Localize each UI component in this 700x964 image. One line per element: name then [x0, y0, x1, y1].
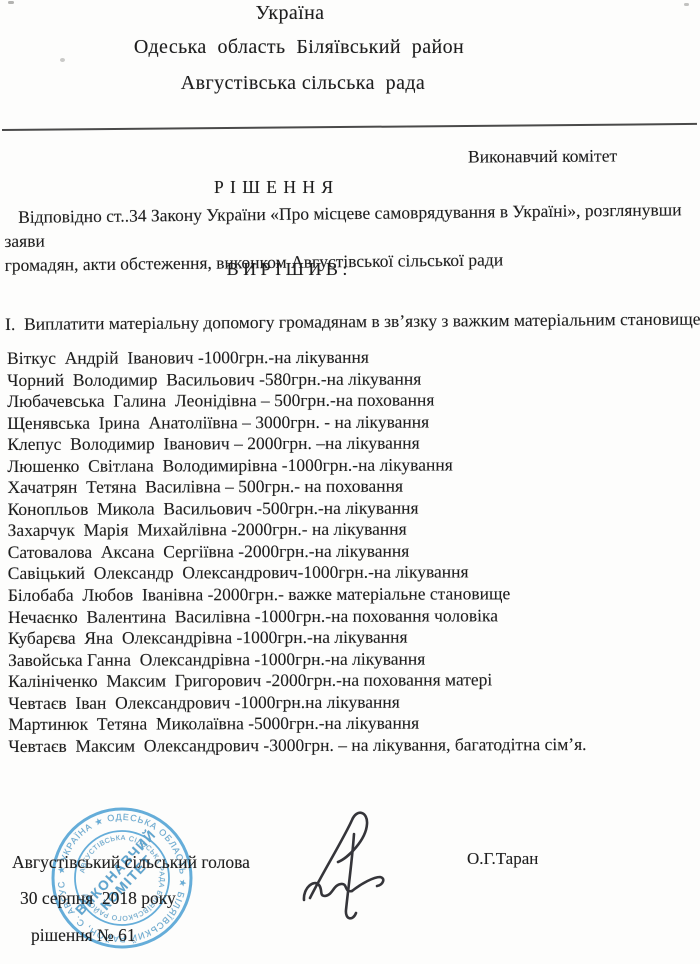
payment-line: Кубарєва Яна Олександрівна -1000грн.-на …: [8, 626, 586, 650]
payment-line: Завойська Ганна Олександрівна -1000грн.-…: [8, 648, 586, 672]
payment-line: Щенявська Ірина Анатоліївна – 3000грн. -…: [7, 411, 585, 435]
payment-line: Калініченко Максим Григорович -2000грн.-…: [8, 669, 586, 693]
payments-list: Віткус Андрій Іванович -1000грн.-на ліку…: [7, 346, 587, 757]
committee-label: Виконавчий комітет: [468, 145, 617, 167]
preamble-line-1: Відповідно ст..34 Закону України «Про мі…: [4, 197, 697, 253]
payment-line: Савіцький Олександр Олександрович-1000гр…: [8, 561, 586, 585]
payment-line: Чевтаєв Максим Олександрович -3000грн. –…: [8, 734, 586, 758]
payment-line: Чевтаєв Іван Олександрович -1000грн.на л…: [8, 691, 586, 715]
signer-position-title: Августівський сільський голова: [12, 852, 250, 873]
payment-line: Білобаба Любов Іванівна -2000грн.- важке…: [8, 583, 586, 607]
header-region-line: Одеська область Біляївський район: [0, 36, 598, 59]
resolved-heading: В И Р І Ш И В :: [0, 259, 574, 280]
payment-line: Мартинюк Тетяна Миколаївна -5000грн.-на …: [8, 712, 586, 736]
scan-noise: [684, 3, 689, 6]
scanned-decision-document: Україна Одеська область Біляївський райо…: [0, 0, 700, 964]
divider-line: [2, 123, 697, 131]
payment-line: Клепус Володимир Іванович – 2000грн. –на…: [7, 432, 585, 456]
signature: [288, 798, 398, 923]
payment-line: Любачевська Галина Леонідівна – 500грн.-…: [7, 389, 585, 413]
payment-line: Конопльов Микола Васильович -500грн.-на …: [8, 497, 586, 521]
decision-date: 30 серпня 2018 року: [20, 888, 176, 909]
header-country: Україна: [0, 2, 580, 25]
resolution-item-intro: І. Виплатити матеріальну допомогу громад…: [5, 308, 700, 335]
payment-line: Захарчук Марія Михайлівна -2000грн.- на …: [8, 518, 586, 542]
payment-line: Люшенко Світлана Володимирівна -1000грн.…: [7, 454, 585, 478]
payment-line: Нечаєнко Валентина Василівна -1000грн.-н…: [8, 605, 586, 629]
header-council-name: Августівська сільська рада: [0, 72, 606, 95]
payment-line: Чорний Володимир Васильович -580грн.-на …: [7, 368, 585, 392]
document-title: Р І Ш Е Н Н Я: [0, 177, 548, 198]
payment-line: Сатовалова Аксана Сергіївна -2000грн.-на…: [8, 540, 586, 564]
decision-number: рішення № 61: [31, 925, 136, 946]
payment-line: Віткус Андрій Іванович -1000грн.-на ліку…: [7, 346, 585, 370]
payment-line: Хачатрян Тетяна Василівна – 500грн.- на …: [7, 475, 585, 499]
signer-name: О.Г.Таран: [467, 849, 538, 869]
